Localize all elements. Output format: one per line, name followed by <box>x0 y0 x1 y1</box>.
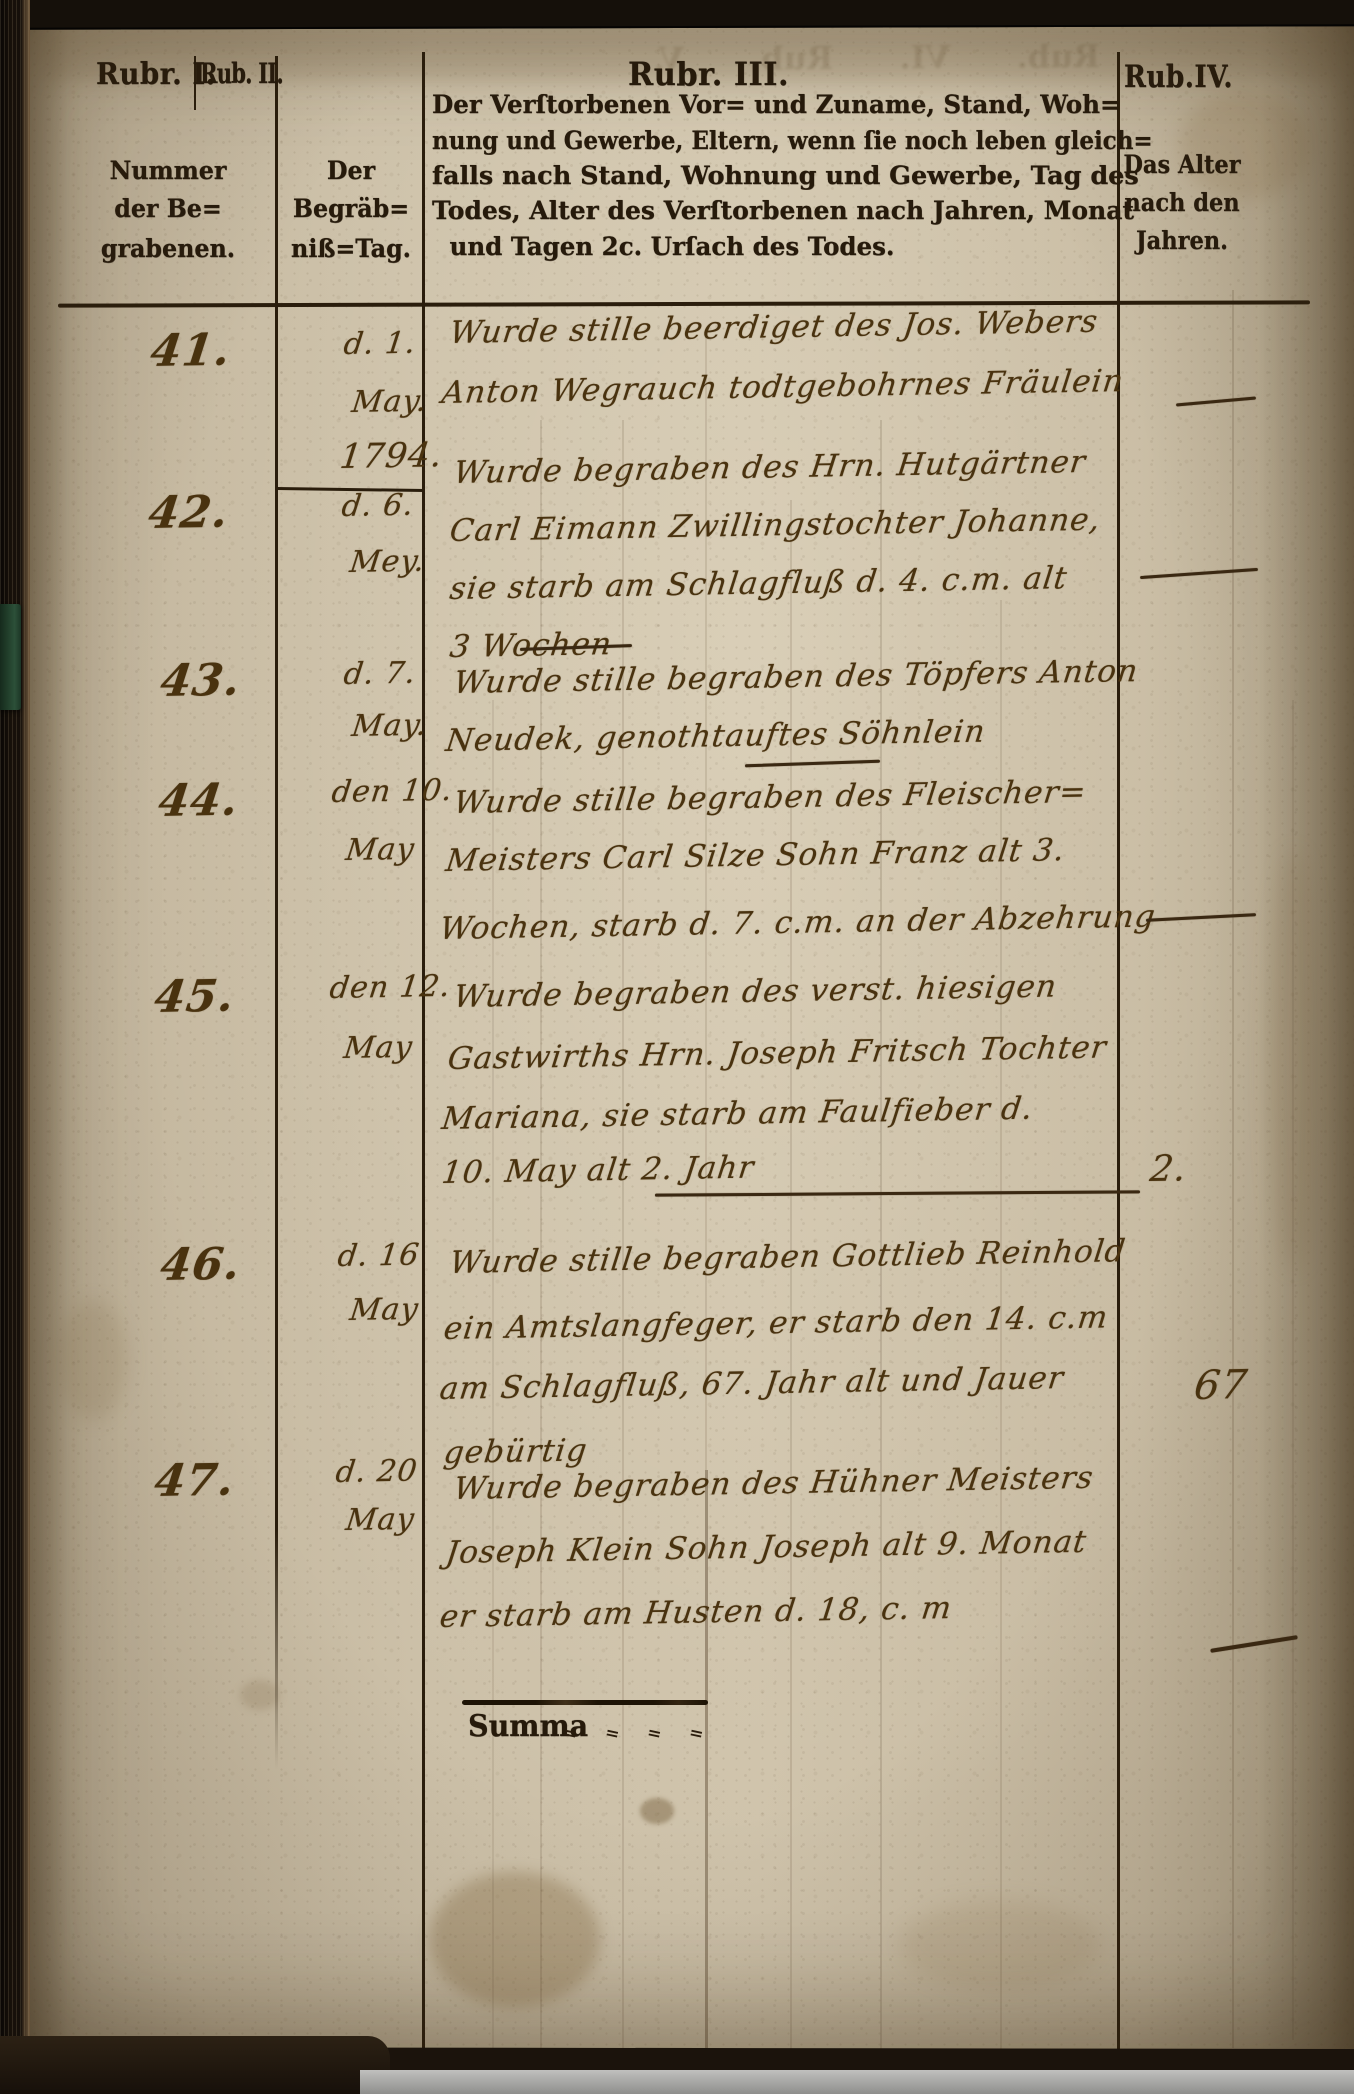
entry-text-line: 10. May alt 2. Jahr <box>440 1153 756 1189</box>
col3-header-line: Der Verſtorbenen Vor= und Zuname, Stand,… <box>432 92 1120 117</box>
col3-header-line: nung und Gewerbe, Eltern, wenn ſie noch … <box>432 128 1153 153</box>
entry-burial-date: d. 20 <box>334 1457 419 1488</box>
entry-burial-date: d. 7. <box>342 659 418 690</box>
col1-header-line: grabenen. <box>101 236 235 261</box>
paper-stain <box>1268 850 1320 1270</box>
col1-header-line: der Be= <box>114 196 222 221</box>
entry-burial-date: May <box>348 1295 420 1326</box>
col4-header-line: Das Alter <box>1123 152 1240 177</box>
col4-header-line: Jahren. <box>1136 228 1228 253</box>
paper-stain <box>640 1798 674 1824</box>
paper-stain <box>240 1680 280 1710</box>
entry-burial-date: d. 1. <box>342 329 418 360</box>
entry-number: 42. <box>146 491 231 536</box>
book-edge-left <box>0 0 30 2094</box>
entry-burial-date: May <box>344 835 416 866</box>
entry-age-value: 2. <box>1148 1151 1189 1188</box>
entry-number: 45. <box>152 975 237 1020</box>
bleedthrough-line <box>705 330 707 1470</box>
entry-number: 46. <box>158 1243 243 1288</box>
paper-stain <box>430 1872 600 2007</box>
table-line-col2-col3 <box>422 52 425 2050</box>
paper-stain <box>1180 90 1310 200</box>
col1-header-line: Nummer <box>110 158 227 183</box>
col4-header-line: nach den <box>1124 190 1239 215</box>
entry-text-line: er starb am Husten d. 18, c. m <box>438 1593 954 1633</box>
entry-number: 43. <box>158 659 243 704</box>
bleedthrough-line <box>1232 290 1234 2048</box>
col2-header-line: niß=Tag. <box>291 236 411 261</box>
entry-age-value: 67 <box>1192 1365 1250 1406</box>
entry-burial-date: Mey. <box>348 547 427 578</box>
entry-burial-date: den 12. <box>328 972 453 1004</box>
entry-burial-date: d. 6. <box>340 491 416 522</box>
entry-text-line: Neudek, genothtauftes Söhnlein <box>444 717 987 757</box>
col3-header-line: Todes, Alter des Verſtorbenen nach Jahre… <box>432 198 1134 223</box>
col2-header-line: Begräb= <box>293 196 409 221</box>
rubric-4-label: Rub.IV. <box>1124 62 1233 93</box>
summa-rule <box>462 1700 708 1705</box>
table-line-col1-col2 <box>275 56 278 1770</box>
book-edge-top <box>0 0 1354 30</box>
table-line-col3-col4 <box>1117 52 1120 2050</box>
bookmark-tab <box>0 604 21 710</box>
col2-header-line: Der <box>327 158 375 183</box>
scanner-bed-strip <box>360 2070 1354 2094</box>
entry-text-line: gebürtig <box>442 1436 589 1469</box>
entry-burial-date: den 10. <box>330 776 455 808</box>
col3-header-line: falls nach Stand, Wohnung und Gewerbe, T… <box>432 163 1139 188</box>
rubric-3-label: Rubr. III. <box>628 58 789 90</box>
entry-number: 44. <box>156 779 241 824</box>
entry-number: 41. <box>148 329 233 374</box>
entry-burial-date: May <box>344 1505 416 1536</box>
rubric-1-label: Rubr. I. <box>96 60 216 90</box>
entry-number: 47. <box>152 1459 237 1504</box>
entry-burial-date: May. <box>350 387 429 418</box>
scanned-burial-register-page: Rub. VI. Rub. V. Rubr. I. Rub. II. Rubr.… <box>0 0 1354 2094</box>
entry-burial-date: d. 16 <box>336 1241 421 1272</box>
paper-stain <box>58 1300 128 1420</box>
col3-header-line: und Tagen 2c. Urſach des Todes. <box>450 234 895 259</box>
entry-year: 1794. <box>338 438 445 474</box>
page-stack-corner <box>0 2036 390 2094</box>
entry-burial-date: May. <box>350 711 429 742</box>
rubric-2-label: Rub. II. <box>200 60 283 88</box>
entry-burial-date: May <box>342 1033 414 1064</box>
bleedthrough-line <box>1292 700 1294 2040</box>
